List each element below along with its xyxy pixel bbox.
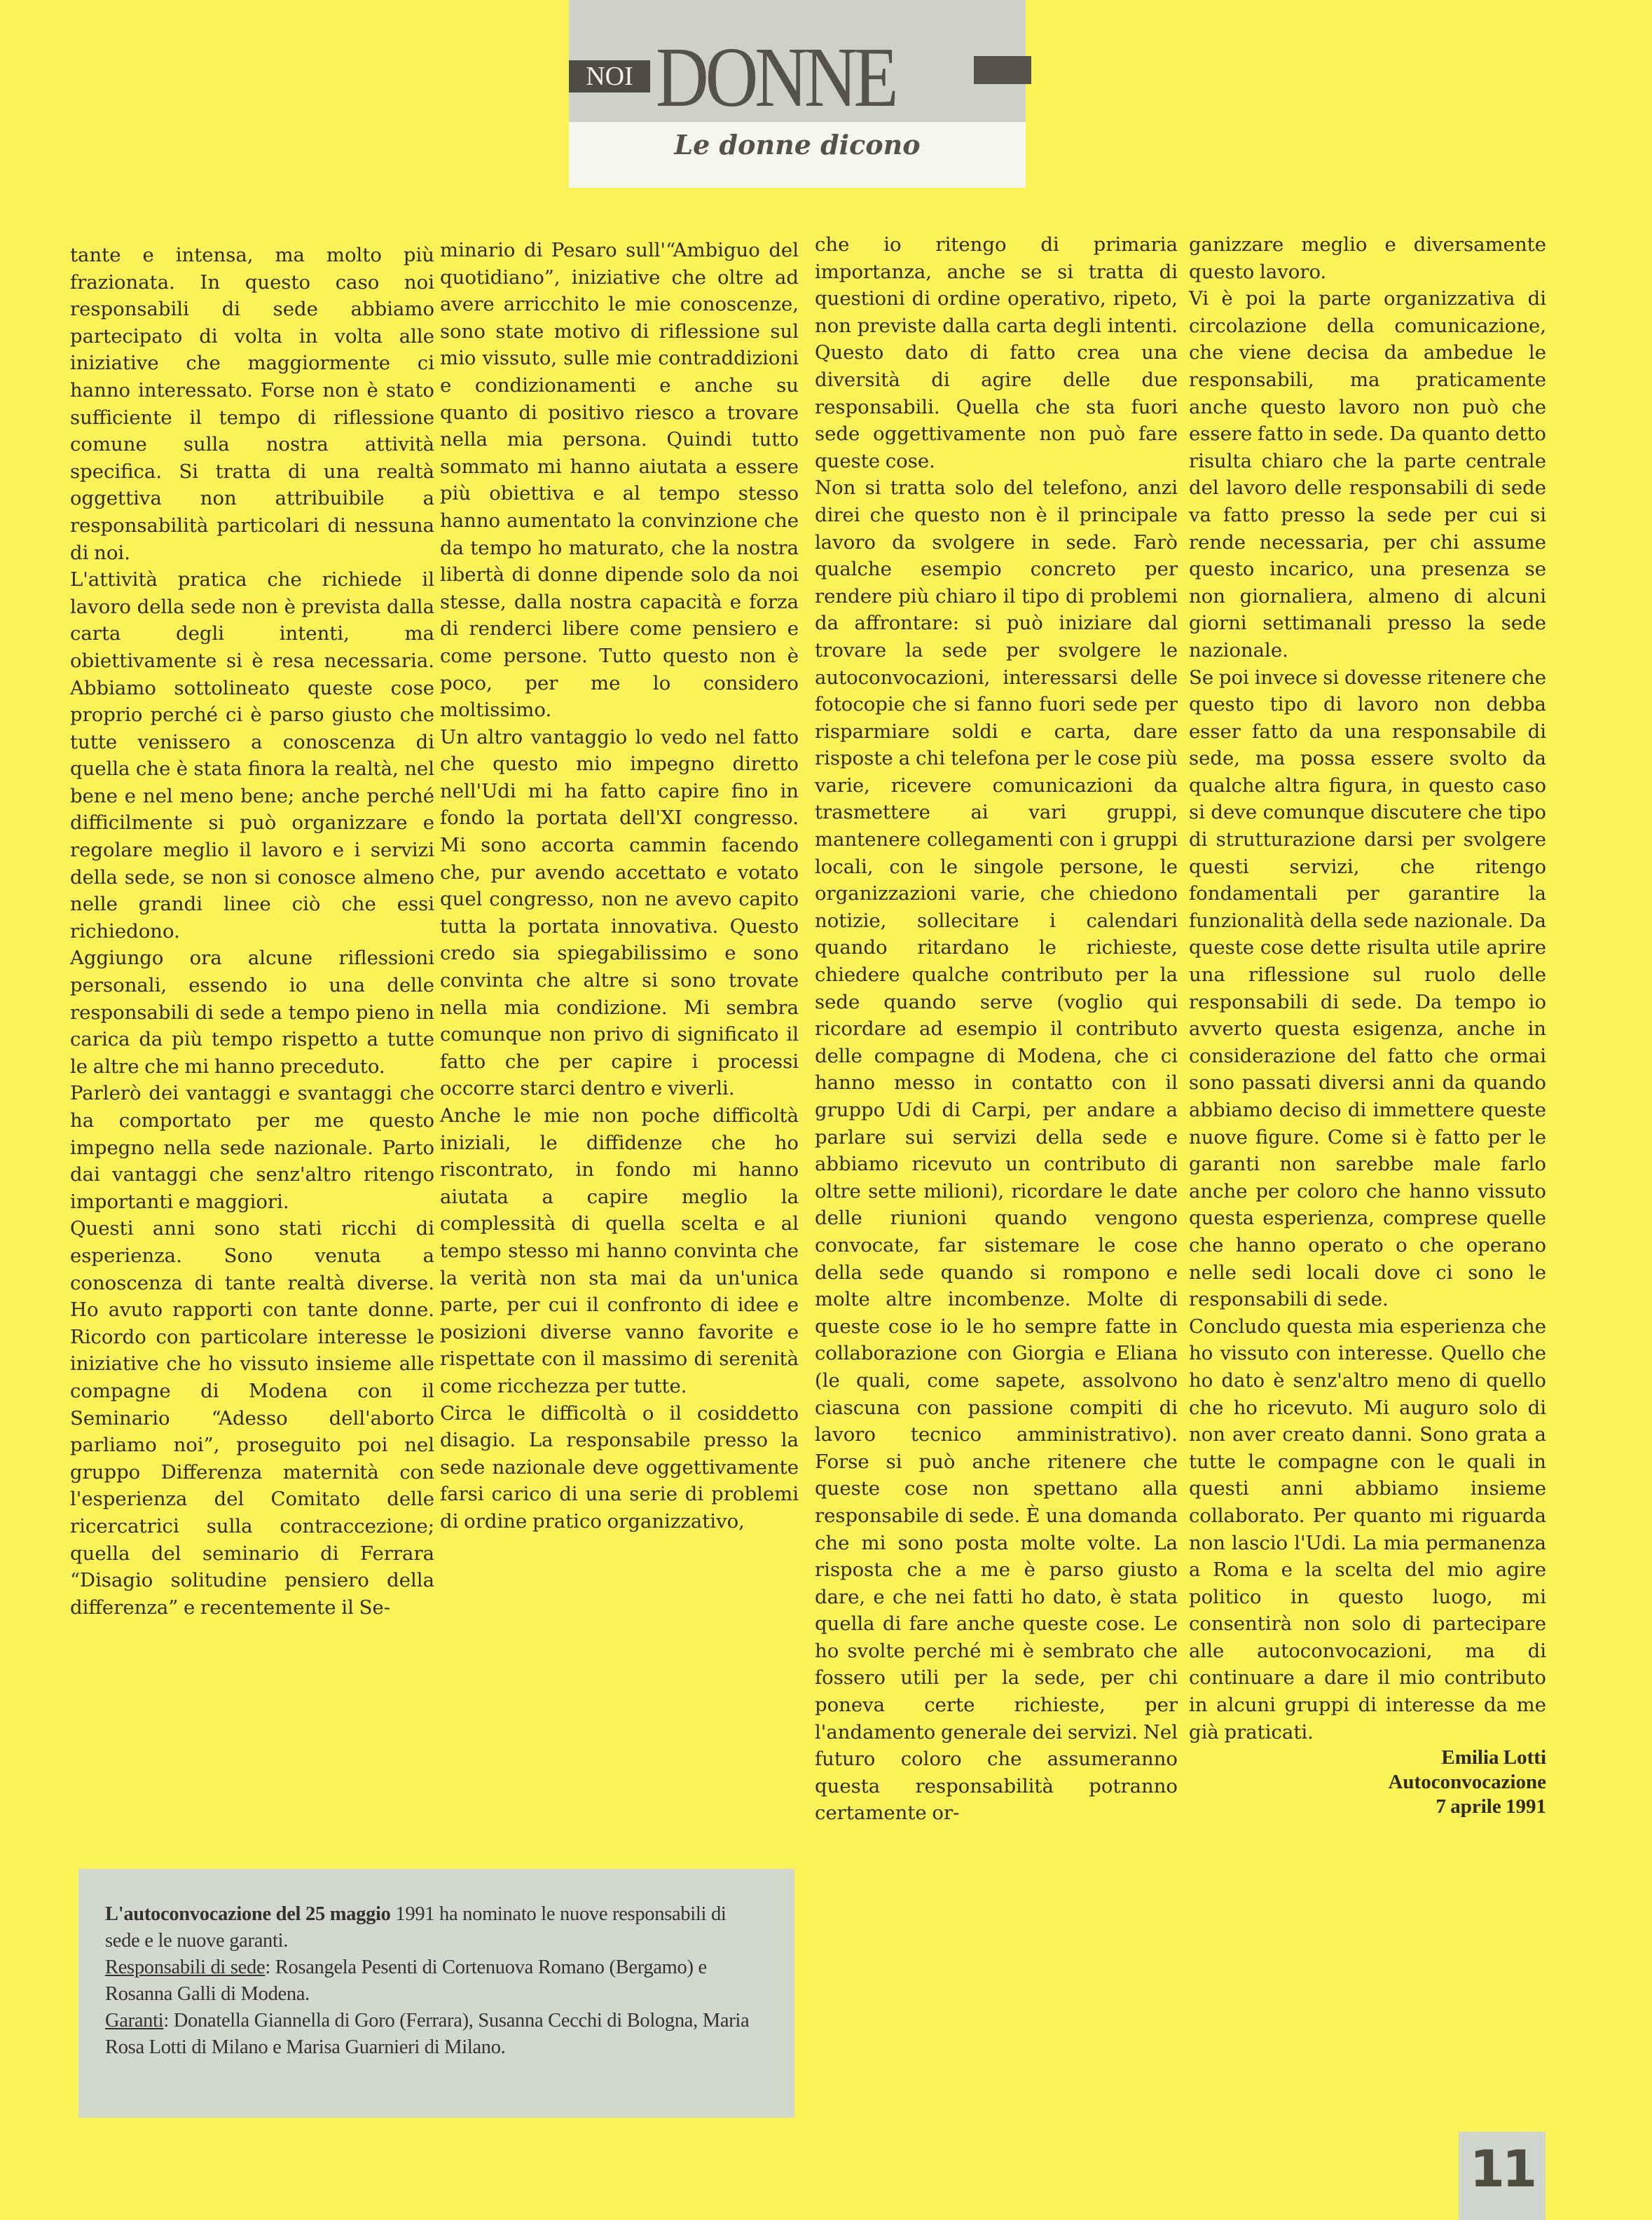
paragraph: L'attività pratica che richiede il lavor… (70, 566, 434, 945)
signature: Emilia Lotti Autoconvocazione 7 aprile 1… (1189, 1746, 1546, 1819)
info-box-lead: L'autoconvocazione del 25 maggio (105, 1903, 391, 1925)
section-title: Le donne dicono (569, 129, 1026, 160)
masthead-banner: NOI DONNE (569, 0, 1026, 122)
article-column-2: minario di Pesaro sull'“Ambiguo del quot… (440, 237, 799, 1535)
info-box: L'autoconvocazione del 25 maggio 1991 ha… (78, 1869, 794, 2118)
masthead-prefix: NOI (569, 60, 650, 92)
signature-author: Emilia Lotti (1189, 1746, 1546, 1770)
paragraph: Un altro vantaggio lo vedo nel fatto che… (440, 724, 799, 1102)
paragraph: Circa le difficoltà o il cosiddetto disa… (440, 1400, 799, 1535)
masthead-title: DONNE (656, 39, 895, 116)
masthead: NOI DONNE Le donne dicono (569, 0, 1026, 188)
page-number: 11 (1459, 2132, 1546, 2220)
paragraph: Anche le mie non poche difficoltà inizia… (440, 1102, 799, 1400)
paragraph: Concludo questa mia esperienza che ho vi… (1189, 1313, 1546, 1746)
article-column-1: tante e intensa, ma molto più frazionata… (70, 242, 434, 1621)
signature-event: Autoconvocazione (1189, 1770, 1546, 1795)
masthead-rule (974, 56, 1031, 84)
article-column-3: che io ritengo di primaria importanza, a… (815, 231, 1178, 1827)
paragraph: Aggiungo ora alcune riflessioni personal… (70, 945, 434, 1080)
paragraph: tante e intensa, ma molto più frazionata… (70, 242, 434, 566)
paragraph: Se poi invece si dovesse ritenere che qu… (1189, 664, 1546, 1313)
paragraph: Questi anni sono stati ricchi di esperie… (70, 1215, 434, 1621)
paragraph: minario di Pesaro sull'“Ambiguo del quot… (440, 237, 799, 724)
responsabili-label: Responsabili di sede (105, 1957, 265, 1978)
garanti-text: : Donatella Giannella di Goro (Ferrara),… (105, 2010, 749, 2058)
paragraph: che io ritengo di primaria importanza, a… (815, 231, 1178, 474)
paragraph: Vi è poi la parte organizzativa di circo… (1189, 285, 1546, 664)
garanti-label: Garanti (105, 2010, 163, 2031)
paragraph: Non si tratta solo del telefono, anzi di… (815, 474, 1178, 1827)
article-column-4: ganizzare meglio e diversamente questo l… (1189, 231, 1546, 1819)
signature-date: 7 aprile 1991 (1189, 1795, 1546, 1819)
paragraph: Parlerò dei vantaggi e svantaggi che ha … (70, 1080, 434, 1215)
paragraph: ganizzare meglio e diversamente questo l… (1189, 231, 1546, 285)
